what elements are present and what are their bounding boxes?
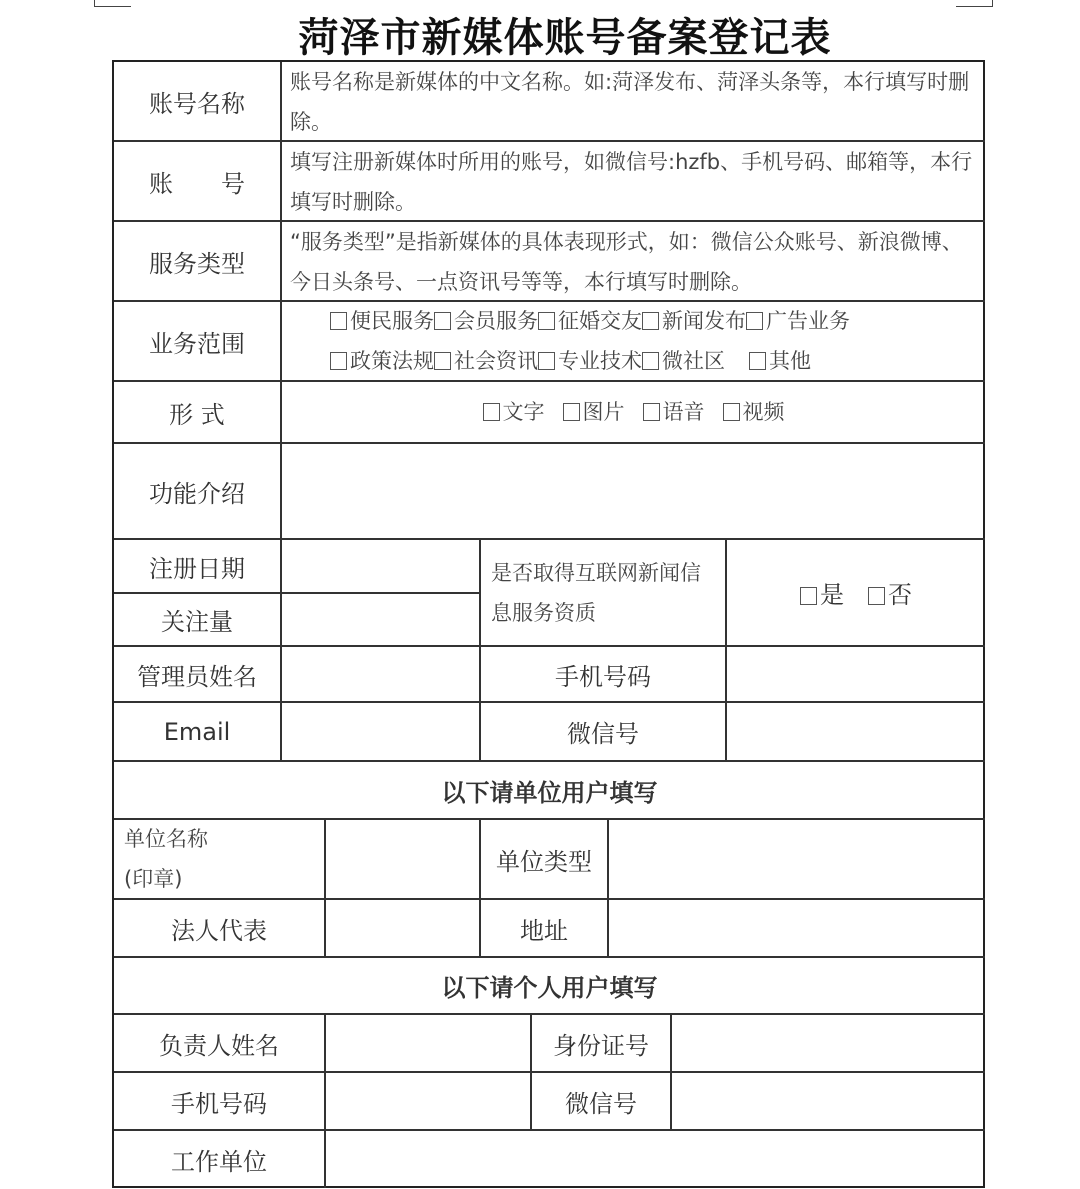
label-person-name: 负责人姓名 (114, 1015, 326, 1073)
checkbox-icon (800, 587, 817, 605)
checkbox-icon (749, 352, 766, 370)
label-address: 地址 (481, 900, 609, 958)
label-account-name: 账号名称 (114, 62, 282, 142)
license-options: 是 否 (727, 540, 985, 647)
checkbox-icon (643, 403, 660, 421)
field-person-phone[interactable] (326, 1073, 532, 1131)
field-function-intro[interactable] (282, 444, 985, 540)
checkbox-guanggao[interactable]: 广告业务 (746, 309, 850, 333)
checkbox-icon (538, 352, 555, 370)
field-work-unit[interactable] (326, 1131, 985, 1188)
field-register-date[interactable] (282, 540, 481, 594)
field-admin-phone[interactable] (727, 647, 985, 703)
checkbox-icon (868, 587, 885, 605)
form-title: 菏泽市新媒体账号备案登记表 (0, 6, 1080, 63)
label-news-license: 是否取得互联网新闻信息服务资质 (481, 540, 727, 647)
field-service-type[interactable]: “服务类型”是指新媒体的具体表现形式，如：微信公众账号、新浪微博、今日头条号、一… (282, 222, 985, 302)
checkbox-icon (563, 403, 580, 421)
field-org-type[interactable] (609, 820, 985, 900)
checkbox-icon (723, 403, 740, 421)
field-org-name[interactable] (326, 820, 481, 900)
format-options: 文字 图片 语音 视频 (282, 382, 985, 444)
label-org-name: 单位名称 (印章) (114, 820, 326, 900)
checkbox-image[interactable]: 图片 (563, 392, 625, 432)
label-org-type: 单位类型 (481, 820, 609, 900)
field-account-name[interactable]: 账号名称是新媒体的中文名称。如:菏泽发布、菏泽头条等，本行填写时删除。 (282, 62, 985, 142)
checkbox-audio[interactable]: 语音 (643, 392, 705, 432)
checkbox-zhengce[interactable]: 政策法规 (330, 349, 434, 373)
checkbox-xinwen[interactable]: 新闻发布 (642, 309, 746, 333)
business-scope-options: 便民服务会员服务征婚交友新闻发布广告业务 政策法规社会资讯专业技术微社区其他 (282, 302, 985, 382)
label-id-number: 身份证号 (532, 1015, 672, 1073)
field-admin-name[interactable] (282, 647, 481, 703)
checkbox-video[interactable]: 视频 (723, 392, 785, 432)
field-id-number[interactable] (672, 1015, 985, 1073)
field-person-name[interactable] (326, 1015, 532, 1073)
checkbox-weishequ[interactable]: 微社区 (642, 349, 725, 373)
business-scope-row2: 政策法规社会资讯专业技术微社区其他 (330, 341, 811, 381)
checkbox-icon (483, 403, 500, 421)
label-business-scope: 业务范围 (114, 302, 282, 382)
checkbox-icon (434, 352, 451, 370)
checkbox-bianmin[interactable]: 便民服务 (330, 309, 434, 333)
checkbox-qita[interactable]: 其他 (749, 349, 811, 373)
label-admin-name: 管理员姓名 (114, 647, 282, 703)
label-admin-phone: 手机号码 (481, 647, 727, 703)
field-followers[interactable] (282, 594, 481, 647)
checkbox-icon (642, 312, 659, 330)
label-work-unit: 工作单位 (114, 1131, 326, 1188)
field-address[interactable] (609, 900, 985, 958)
field-wechat[interactable] (727, 703, 985, 762)
label-wechat: 微信号 (481, 703, 727, 762)
checkbox-zhuanye[interactable]: 专业技术 (538, 349, 642, 373)
checkbox-icon (538, 312, 555, 330)
checkbox-icon (330, 312, 347, 330)
label-function-intro: 功能介绍 (114, 444, 282, 540)
radio-no[interactable]: 否 (868, 575, 912, 610)
label-email: Email (114, 703, 282, 762)
label-legal-rep: 法人代表 (114, 900, 326, 958)
checkbox-zhenghun[interactable]: 征婚交友 (538, 309, 642, 333)
label-format: 形 式 (114, 382, 282, 444)
checkbox-text[interactable]: 文字 (483, 392, 545, 432)
label-register-date: 注册日期 (114, 540, 282, 594)
label-service-type: 服务类型 (114, 222, 282, 302)
field-email[interactable] (282, 703, 481, 762)
personal-section-heading: 以下请个人用户填写 (114, 958, 985, 1015)
org-section-heading: 以下请单位用户填写 (114, 762, 985, 820)
field-account[interactable]: 填写注册新媒体时所用的账号，如微信号:hzfb、手机号码、邮箱等，本行填写时删除… (282, 142, 985, 222)
label-account: 账 号 (114, 142, 282, 222)
radio-yes[interactable]: 是 (800, 575, 844, 610)
label-person-wechat: 微信号 (532, 1073, 672, 1131)
checkbox-icon (746, 312, 763, 330)
business-scope-row1: 便民服务会员服务征婚交友新闻发布广告业务 (330, 301, 850, 341)
checkbox-icon (434, 312, 451, 330)
checkbox-shehui[interactable]: 社会资讯 (434, 349, 538, 373)
checkbox-icon (330, 352, 347, 370)
label-person-phone: 手机号码 (114, 1073, 326, 1131)
checkbox-huiyuan[interactable]: 会员服务 (434, 309, 538, 333)
label-followers: 关注量 (114, 594, 282, 647)
checkbox-icon (642, 352, 659, 370)
field-legal-rep[interactable] (326, 900, 481, 958)
registration-form: 账号名称 账号名称是新媒体的中文名称。如:菏泽发布、菏泽头条等，本行填写时删除。… (112, 60, 985, 1188)
field-person-wechat[interactable] (672, 1073, 985, 1131)
